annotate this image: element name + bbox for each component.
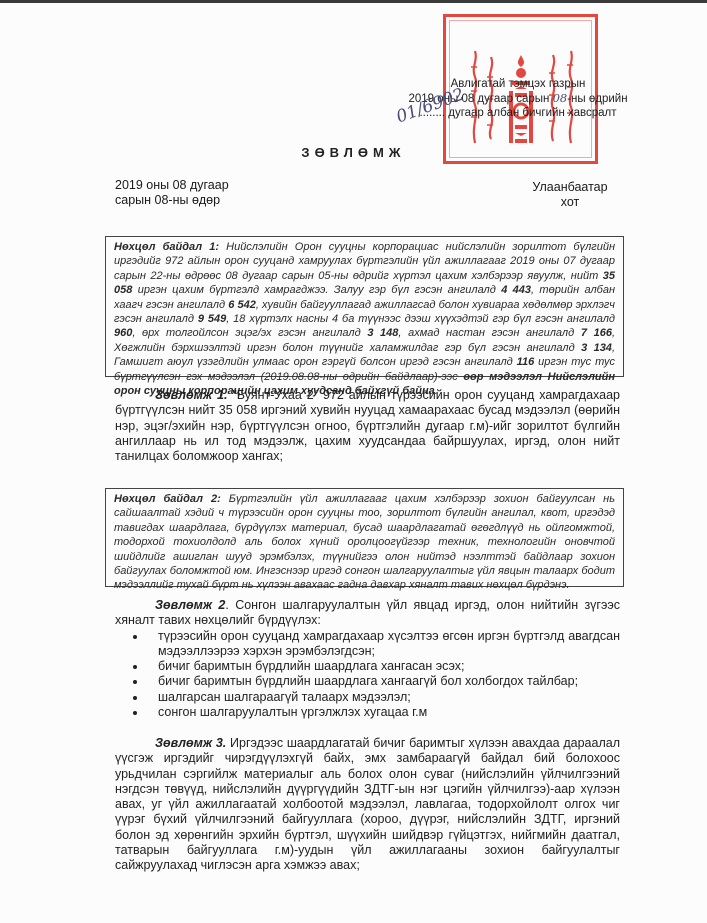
condition-2-label: Нөхцөл байдал 2: [114,493,221,505]
condition-1-label: Нөхцөл байдал 1: [114,241,219,253]
condition-1-box: Нөхцөл байдал 1: Нийслэлийн Орон сууцны … [105,236,624,377]
document-place: Улаанбаатар хот [520,180,620,210]
document-date: 2019 оны 08 дугаар сарын 08-ны өдөр [115,178,229,208]
recommendation-2: Зөвлөмж 2. Сонгон шалгаруулалтын үйл явц… [115,598,620,720]
handwritten-day: 08 [553,91,568,105]
annex-line-agency: Авлигатай тэмцэх газрын [398,77,638,91]
recommendation-3: Зөвлөмж 3. Иргэдээс шаардлагатай бичиг б… [115,736,620,874]
list-item: түрээсийн орон сууцанд хамрагдахаар хүсэ… [145,629,620,660]
recommendation-2-label: Зөвлөмж 2 [155,598,225,612]
list-item: бичиг баримтын бүрдлийн шаардлага хангас… [145,659,620,674]
list-item: шалгарсан шалгараагүй талаарх мэдээлэл; [145,690,620,705]
document-title: ЗӨВЛӨМЖ [0,145,707,160]
condition-2-box: Нөхцөл байдал 2: Бүртгэлийн үйл ажиллага… [105,488,624,587]
recommendation-1: Зөвлөмж 1. "Буянт-Ухаа 2" 972 айлын түрэ… [115,388,620,464]
recommendation-3-label: Зөвлөмж 3. [155,736,226,750]
list-item: сонгон шалгаруулалтын үргэлжлэх хугацаа … [145,705,620,720]
list-item: бичиг баримтын бүрдлийн шаардлага хангаа… [145,674,620,689]
recommendation-2-list: түрээсийн орон сууцанд хамрагдахаар хүсэ… [115,629,620,721]
recommendation-1-label: Зөвлөмж 1. [155,388,227,402]
